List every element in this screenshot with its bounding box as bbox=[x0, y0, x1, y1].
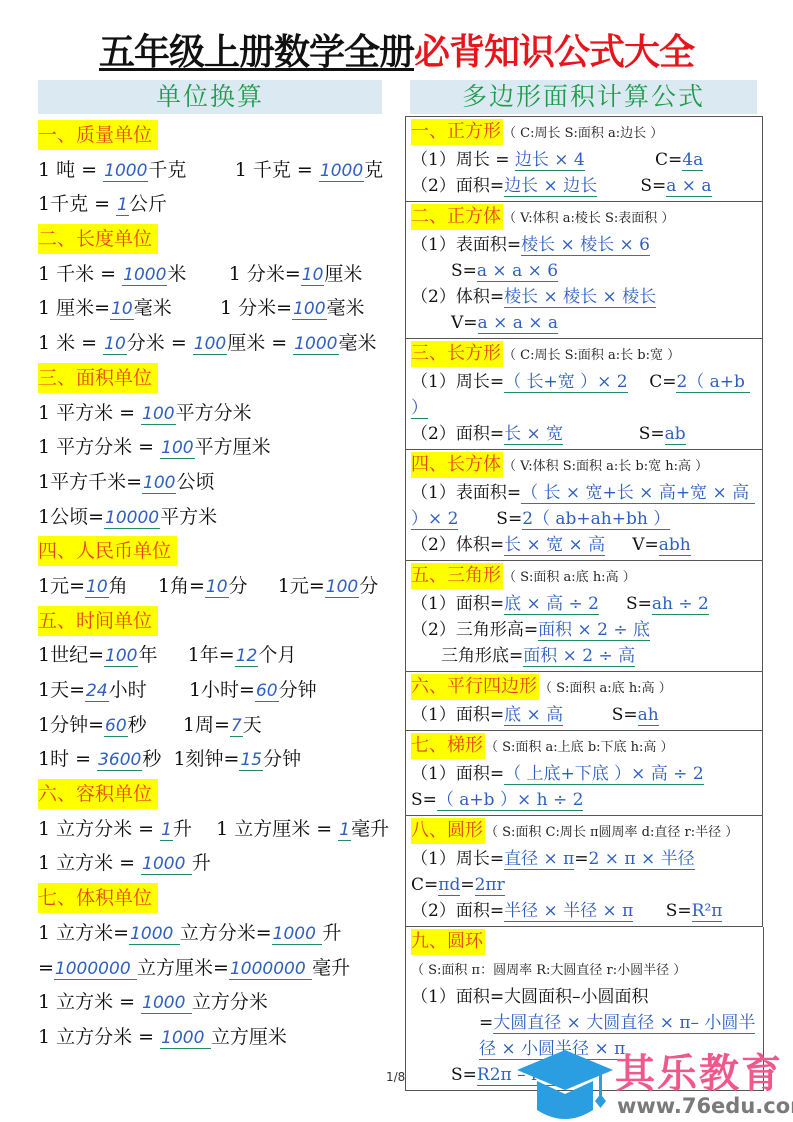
conversion-line: 1 立方分米 = 1000 立方厘米 bbox=[38, 1020, 398, 1055]
title-part-black: 五年级上册数学全册 bbox=[99, 32, 414, 73]
formula-text: S= bbox=[563, 424, 665, 444]
formula-line: （1）面积=底 × 高 S=ah bbox=[411, 702, 758, 728]
formula-answer: （ a+b ）× h ÷ 2 bbox=[437, 790, 584, 811]
formula-answer: 底 × 高 ÷ 2 bbox=[504, 594, 599, 615]
formula-line: （1）表面积=（ 长 × 宽+长 × 高+宽 × 高 ）× 2 S=2（ ab+… bbox=[411, 480, 758, 532]
formula-answer: 直径 × π bbox=[504, 849, 574, 870]
answer-blank: 10 bbox=[85, 577, 109, 598]
conversion-line: 1 立方米=1000 立方分米=1000 升 bbox=[38, 916, 398, 951]
conversion-text: 1世纪= bbox=[38, 644, 104, 666]
formula-text: （1）周长 = bbox=[411, 150, 515, 170]
answer-blank: 1000 bbox=[141, 854, 192, 875]
formula-box-header: 二、正方体（ V:体积 a:棱长 S:表面积 ） bbox=[411, 204, 758, 232]
conversion-text: 千克 bbox=[148, 159, 186, 181]
answer-blank: 1 bbox=[116, 195, 129, 216]
formula-answer: a × a × 6 bbox=[477, 261, 558, 282]
conversion-text: 分米 = bbox=[127, 332, 193, 354]
formula-line: 三角形底=面积 × 2 ÷ 高 bbox=[411, 643, 758, 669]
answer-blank: 1 bbox=[160, 820, 173, 841]
formula-line: C=πd=2πr bbox=[411, 872, 758, 898]
conversion-text: 1平方千米= bbox=[38, 471, 142, 493]
section-title: 三、面积单位 bbox=[38, 363, 158, 393]
answer-blank: 10 bbox=[103, 334, 127, 355]
conversion-text: 1 立方分米 = bbox=[38, 1026, 160, 1048]
conversion-text: 平方米 bbox=[160, 506, 217, 528]
formula-text: = bbox=[460, 875, 474, 895]
conversion-line: 1千克 = 1公斤 bbox=[38, 187, 398, 222]
answer-blank: 1000000 bbox=[54, 959, 137, 980]
formula-line: （2）体积=长 × 宽 × 高 V=abh bbox=[411, 532, 758, 558]
formula-line: （2）面积=边长 × 边长 S=a × a bbox=[411, 173, 758, 199]
conversion-text: 1千克 = bbox=[38, 193, 116, 215]
variable-legend: （ C:周长 S:面积 a:边长 ） bbox=[503, 126, 663, 141]
formula-line: （1）面积=（ 上底+下底 ）× 高 ÷ 2 bbox=[411, 761, 758, 787]
watermark-logo: 其乐教育 www.76edu.com bbox=[515, 1040, 793, 1122]
conversion-line: 1 厘米=10毫米 1 分米=100毫米 bbox=[38, 291, 398, 326]
answer-blank: 10 bbox=[205, 577, 229, 598]
formula-line: V=a × a × a bbox=[411, 310, 758, 336]
section-title: 五、时间单位 bbox=[38, 606, 158, 636]
shape-title: 三、长方形 bbox=[411, 341, 503, 367]
formula-text: C= bbox=[585, 150, 683, 170]
conversion-text: 1公顷= bbox=[38, 506, 104, 528]
conversion-text: 1 立方米= bbox=[38, 922, 129, 944]
answer-blank: 12 bbox=[235, 646, 259, 667]
conversion-text: 公顷 bbox=[176, 471, 214, 493]
conversion-text: 1时 = bbox=[38, 748, 97, 770]
section-heading-row: 二、长度单位 bbox=[38, 222, 398, 257]
formula-text: S= bbox=[599, 594, 652, 614]
title-part-red: 必背知识公式大全 bbox=[414, 32, 694, 73]
formula-line: （1）面积=底 × 高 ÷ 2 S=ah ÷ 2 bbox=[411, 591, 758, 617]
formula-box: 七、梯形（ S:面积 a:上底 b:下底 h:高 ）（1）面积=（ 上底+下底 … bbox=[405, 731, 763, 816]
answer-blank: 60 bbox=[255, 681, 279, 702]
unit-conversion-column: 一、质量单位1 吨 = 1000千克 1 千克 = 1000克1千克 = 1公斤… bbox=[38, 118, 398, 1055]
conversion-text: 1小时= bbox=[147, 679, 255, 701]
answer-blank: 7 bbox=[230, 716, 243, 737]
variable-legend: （ S:面积 C:周长 π圆周率 d:直径 r:半径 ） bbox=[485, 825, 738, 840]
brand-name: 其乐教育 bbox=[615, 1042, 783, 1099]
formula-answer: 棱长 × 棱长 × 6 bbox=[521, 235, 650, 256]
conversion-text: 毫米 bbox=[327, 297, 365, 319]
shape-title: 九、圆环 bbox=[411, 929, 485, 955]
shape-title: 六、平行四边形 bbox=[411, 674, 539, 700]
formula-text: （1）表面积= bbox=[411, 235, 521, 255]
formula-line: S=（ a+b ）× h ÷ 2 bbox=[411, 787, 758, 813]
section-heading-row: 五、时间单位 bbox=[38, 604, 398, 639]
conversion-text: 小时 bbox=[109, 679, 147, 701]
answer-blank: 1000 bbox=[319, 161, 364, 182]
formula-text: （1）面积= bbox=[411, 594, 504, 614]
formula-answer: 长 × 宽 bbox=[504, 424, 563, 445]
formula-line: （2）体积=棱长 × 棱长 × 棱长 bbox=[411, 284, 758, 310]
conversion-line: 1分钟=60秒 1周=7天 bbox=[38, 708, 398, 743]
formula-answer: 面积 × 2 ÷ 底 bbox=[538, 620, 650, 641]
conversion-text: 平方分米 bbox=[176, 402, 252, 424]
formula-box: 二、正方体（ V:体积 a:棱长 S:表面积 ）（1）表面积=棱长 × 棱长 ×… bbox=[405, 202, 763, 339]
conversion-text: 1 千米 = bbox=[38, 263, 122, 285]
formula-text: C= bbox=[411, 875, 438, 895]
formula-answer: 面积 × 2 ÷ 高 bbox=[523, 646, 635, 667]
formula-answer: 棱长 × 棱长 × 棱长 bbox=[504, 287, 656, 308]
formula-text: （2）面积= bbox=[411, 176, 504, 196]
formula-line: （1）周长 = 边长 × 4 C=4a bbox=[411, 147, 758, 173]
formula-text: = bbox=[574, 849, 588, 869]
conversion-text: 1元= bbox=[248, 575, 325, 597]
conversion-text: 1周= bbox=[147, 714, 230, 736]
section-heading-row: 一、质量单位 bbox=[38, 118, 398, 153]
conversion-text: 1 吨 = bbox=[38, 159, 103, 181]
formula-text: S= bbox=[563, 705, 638, 725]
formula-answer: 半径 × 半径 × π bbox=[504, 901, 633, 922]
variable-legend: （ V:体积 S:面积 a:长 b:宽 h:高 ） bbox=[503, 459, 708, 474]
conversion-text: 1 平方分米 = bbox=[38, 436, 160, 458]
conversion-text: 平方厘米 bbox=[195, 436, 271, 458]
formula-box: 五、三角形（ S:面积 a:底 h:高 ）（1）面积=底 × 高 ÷ 2 S=a… bbox=[405, 561, 763, 672]
conversion-text: 秒 bbox=[128, 714, 147, 736]
variable-legend: （ S:面积 a:底 h:高 ） bbox=[539, 681, 672, 696]
formula-box: 三、长方形（ C:周长 S:面积 a:长 b:宽 ）（1）周长=（ 长+宽 ）×… bbox=[405, 339, 763, 450]
formula-text: （2）面积= bbox=[411, 901, 504, 921]
formula-answer: 边长 × 4 bbox=[515, 150, 585, 171]
formula-answer: a × a bbox=[666, 176, 711, 197]
conversion-line: 1天=24小时 1小时=60分钟 bbox=[38, 673, 398, 708]
conversion-text: 米 bbox=[167, 263, 186, 285]
conversion-text: 1 立方分米 = bbox=[38, 818, 160, 840]
formula-text: S= bbox=[458, 509, 522, 529]
formula-line: （2）面积=长 × 宽 S=ab bbox=[411, 421, 758, 447]
formula-box: 四、长方体（ V:体积 S:面积 a:长 b:宽 h:高 ）（1）表面积=（ 长… bbox=[405, 450, 763, 561]
answer-blank: 1000 bbox=[272, 924, 323, 945]
formula-box-header: 四、长方体（ V:体积 S:面积 a:长 b:宽 h:高 ） bbox=[411, 452, 758, 480]
answer-blank: 100 bbox=[160, 438, 194, 459]
answer-blank: 10 bbox=[110, 299, 134, 320]
formula-line: S=a × a × 6 bbox=[411, 258, 758, 284]
answer-blank: 1000000 bbox=[229, 959, 312, 980]
answer-blank: 3600 bbox=[97, 750, 142, 771]
conversion-line: 1 吨 = 1000千克 1 千克 = 1000克 bbox=[38, 153, 398, 188]
conversion-line: 1 千米 = 1000米 1 分米=10厘米 bbox=[38, 257, 398, 292]
formula-answer: 边长 × 边长 bbox=[504, 176, 597, 197]
answer-blank: 1000 bbox=[141, 993, 192, 1014]
conversion-text: 克 bbox=[364, 159, 383, 181]
formula-text: （2）体积= bbox=[411, 535, 504, 555]
conversion-text: = bbox=[38, 957, 54, 979]
answer-blank: 100 bbox=[325, 577, 359, 598]
conversion-line: 1时 = 3600秒 1刻钟=15分钟 bbox=[38, 742, 398, 777]
section-title: 七、体积单位 bbox=[38, 883, 158, 913]
conversion-text: 升 bbox=[322, 922, 341, 944]
answer-blank: 1000 bbox=[160, 1028, 211, 1049]
formula-line: （1）面积=大圆面积–小圆面积 bbox=[411, 984, 759, 1010]
conversion-text: 毫米 bbox=[134, 297, 172, 319]
formula-box-header: 三、长方形（ C:周长 S:面积 a:长 b:宽 ） bbox=[411, 341, 758, 369]
page-number: 1/8 bbox=[386, 1070, 405, 1084]
conversion-text: 分 bbox=[229, 575, 248, 597]
formula-line: （2）面积=半径 × 半径 × π S=R²π bbox=[411, 898, 758, 924]
formula-answer: 2（ ab+ah+bh ） bbox=[522, 509, 670, 530]
formula-box: 八、圆形（ S:面积 C:周长 π圆周率 d:直径 r:半径 ）（1）周长=直径… bbox=[405, 816, 763, 927]
section-title: 一、质量单位 bbox=[38, 120, 158, 150]
formula-text: S= bbox=[411, 790, 437, 810]
conversion-text: 秒 1刻钟= bbox=[142, 748, 239, 770]
variable-legend: （ C:周长 S:面积 a:长 b:宽 ） bbox=[503, 348, 680, 363]
conversion-text: 厘米 = bbox=[227, 332, 293, 354]
conversion-text: 分钟 bbox=[279, 679, 317, 701]
conversion-text: 升 1 立方厘米 = bbox=[173, 818, 338, 840]
conversion-line: 1 平方分米 = 100平方厘米 bbox=[38, 430, 398, 465]
answer-blank: 1000 bbox=[103, 161, 148, 182]
conversion-line: 1公顷=10000平方米 bbox=[38, 500, 398, 535]
formula-box-header: 五、三角形（ S:面积 a:底 h:高 ） bbox=[411, 563, 758, 591]
formula-text: （1）面积= bbox=[411, 764, 504, 784]
shape-title: 四、长方体 bbox=[411, 452, 503, 478]
section-heading-row: 六、容积单位 bbox=[38, 777, 398, 812]
conversion-text: 立方厘米= bbox=[137, 957, 229, 979]
formula-text: （1）面积=大圆面积–小圆面积 bbox=[411, 987, 649, 1007]
shape-title: 二、正方体 bbox=[411, 204, 503, 230]
conversion-text: 1 米 = bbox=[38, 332, 103, 354]
conversion-text: 1 分米= bbox=[186, 263, 300, 285]
formula-answer: 2 × π × 半径 bbox=[589, 849, 695, 870]
formula-answer: 底 × 高 bbox=[504, 705, 563, 726]
conversion-text: 公斤 bbox=[129, 193, 167, 215]
conversion-text: 立方分米 bbox=[192, 991, 268, 1013]
formula-text: S= bbox=[633, 901, 691, 921]
section-heading-row: 七、体积单位 bbox=[38, 881, 398, 916]
conversion-text: 1角= bbox=[128, 575, 205, 597]
shape-title: 八、圆形 bbox=[411, 818, 485, 844]
conversion-line: 1平方千米=100公顷 bbox=[38, 465, 398, 500]
conversion-line: 1 立方米 = 1000 升 bbox=[38, 846, 398, 881]
conversion-text: 1 分米= bbox=[172, 297, 292, 319]
formula-text: = bbox=[479, 1013, 493, 1033]
formula-answer: ab bbox=[665, 424, 686, 445]
answer-blank: 100 bbox=[104, 646, 138, 667]
formula-line: （1）周长=直径 × π=2 × π × 半径 bbox=[411, 846, 758, 872]
formula-text: V= bbox=[451, 313, 478, 333]
formula-answer: πd bbox=[438, 875, 460, 896]
formula-text: C= bbox=[628, 372, 677, 392]
answer-blank: 15 bbox=[239, 750, 263, 771]
conversion-text: 1天= bbox=[38, 679, 85, 701]
formula-text: S= bbox=[451, 261, 477, 281]
answer-blank: 1000 bbox=[293, 334, 338, 355]
conversion-text: 1年= bbox=[157, 644, 234, 666]
section-title: 六、容积单位 bbox=[38, 779, 158, 809]
formula-answer: （ 上底+下底 ）× 高 ÷ 2 bbox=[504, 764, 704, 785]
formula-text: （1）表面积= bbox=[411, 483, 521, 503]
answer-blank: 10 bbox=[301, 265, 325, 286]
formula-text: S= bbox=[451, 1065, 477, 1085]
conversion-line: 1世纪=100年 1年=12个月 bbox=[38, 638, 398, 673]
formula-text: （2）体积= bbox=[411, 287, 504, 307]
conversion-line: 1 平方米 = 100平方分米 bbox=[38, 396, 398, 431]
section-title: 四、人民币单位 bbox=[38, 536, 177, 566]
answer-blank: 1000 bbox=[129, 924, 180, 945]
area-formula-header: 多边形面积计算公式 bbox=[410, 80, 757, 114]
formula-answer: abh bbox=[659, 535, 691, 556]
answer-blank: 60 bbox=[104, 716, 128, 737]
formula-box-header: 六、平行四边形（ S:面积 a:底 h:高 ） bbox=[411, 674, 758, 702]
conversion-text: 1元= bbox=[38, 575, 85, 597]
conversion-text: 个月 bbox=[258, 644, 296, 666]
conversion-text: 立方厘米 bbox=[211, 1026, 287, 1048]
answer-blank: 100 bbox=[141, 404, 175, 425]
formula-box-header: 九、圆环（ S:面积 π：圆周率 R:大圆直径 r:小圆半径 ） bbox=[411, 929, 759, 984]
formula-text: （1）周长= bbox=[411, 849, 504, 869]
formula-answer: （ 长+宽 ）× 2 bbox=[504, 372, 628, 393]
page-title: 五年级上册数学全册必背知识公式大全 bbox=[0, 30, 793, 76]
formula-answer: a × a × a bbox=[478, 313, 559, 334]
conversion-text: 立方分米= bbox=[180, 922, 272, 944]
conversion-line: 1 米 = 10分米 = 100厘米 = 1000毫米 bbox=[38, 326, 398, 361]
unit-conversion-header: 单位换算 bbox=[38, 80, 382, 114]
formula-line: （1）表面积=棱长 × 棱长 × 6 bbox=[411, 232, 758, 258]
formula-column: 一、正方形（ C:周长 S:面积 a:边长 ）（1）周长 = 边长 × 4 C=… bbox=[405, 116, 763, 1091]
conversion-text: 分钟 bbox=[263, 748, 301, 770]
formula-box-header: 七、梯形（ S:面积 a:上底 b:下底 h:高 ） bbox=[411, 733, 758, 761]
section-title: 二、长度单位 bbox=[38, 224, 158, 254]
conversion-text: 1 立方米 = bbox=[38, 852, 141, 874]
conversion-text: 1 厘米= bbox=[38, 297, 110, 319]
conversion-text: 角 bbox=[109, 575, 128, 597]
conversion-text: 天 bbox=[243, 714, 262, 736]
conversion-line: 1元=10角 1角=10分 1元=100分 bbox=[38, 569, 398, 604]
formula-answer: 长 × 宽 × 高 bbox=[504, 535, 605, 556]
formula-box: 六、平行四边形（ S:面积 a:底 h:高 ）（1）面积=底 × 高 S=ah bbox=[405, 672, 763, 731]
answer-blank: 100 bbox=[193, 334, 227, 355]
conversion-text: 毫米 bbox=[339, 332, 377, 354]
section-heading-row: 四、人民币单位 bbox=[38, 534, 398, 569]
answer-blank: 100 bbox=[142, 473, 176, 494]
answer-blank: 24 bbox=[85, 681, 109, 702]
brand-url: www.76edu.com bbox=[617, 1094, 793, 1118]
conversion-text: 年 bbox=[138, 644, 157, 666]
variable-legend: （ S:面积 a:底 h:高 ） bbox=[503, 570, 636, 585]
shape-title: 七、梯形 bbox=[411, 733, 485, 759]
formula-answer: ah bbox=[638, 705, 659, 726]
formula-text: （2）三角形高= bbox=[411, 620, 538, 640]
formula-answer: ah ÷ 2 bbox=[652, 594, 709, 615]
conversion-line: 1 立方米 = 1000 立方分米 bbox=[38, 985, 398, 1020]
answer-blank: 10000 bbox=[104, 508, 160, 529]
section-heading-row: 三、面积单位 bbox=[38, 361, 398, 396]
conversion-text: 1 立方米 = bbox=[38, 991, 141, 1013]
conversion-text: 毫升 bbox=[351, 818, 389, 840]
formula-line: （1）周长=（ 长+宽 ）× 2 C=2（ a+b ） bbox=[411, 369, 758, 421]
formula-text: （1）周长= bbox=[411, 372, 504, 392]
answer-blank: 1000 bbox=[122, 265, 167, 286]
conversion-line: =1000000 立方厘米=1000000 毫升 bbox=[38, 951, 398, 986]
formula-box-header: 八、圆形（ S:面积 C:周长 π圆周率 d:直径 r:半径 ） bbox=[411, 818, 758, 846]
formula-box-header: 一、正方形（ C:周长 S:面积 a:边长 ） bbox=[411, 119, 758, 147]
conversion-text: 1 平方米 = bbox=[38, 402, 141, 424]
conversion-text: 分 bbox=[359, 575, 378, 597]
variable-legend: （ S:面积 a:上底 b:下底 h:高 ） bbox=[485, 740, 674, 755]
shape-title: 一、正方形 bbox=[411, 119, 503, 145]
formula-text: V= bbox=[605, 535, 659, 555]
formula-text: S= bbox=[597, 176, 666, 196]
variable-legend: （ S:面积 π：圆周率 R:大圆直径 r:小圆半径 ） bbox=[411, 963, 686, 978]
formula-text: 三角形底= bbox=[441, 646, 523, 666]
formula-line: （2）三角形高=面积 × 2 ÷ 底 bbox=[411, 617, 758, 643]
formula-answer: R²π bbox=[692, 901, 723, 922]
variable-legend: （ V:体积 a:棱长 S:表面积 ） bbox=[503, 211, 674, 226]
formula-text: （2）面积= bbox=[411, 424, 504, 444]
formula-box: 一、正方形（ C:周长 S:面积 a:边长 ）（1）周长 = 边长 × 4 C=… bbox=[405, 116, 763, 202]
graduation-cap-icon bbox=[515, 1048, 615, 1122]
shape-title: 五、三角形 bbox=[411, 563, 503, 589]
conversion-text: 厘米 bbox=[324, 263, 362, 285]
conversion-line: 1 立方分米 = 1升 1 立方厘米 = 1毫升 bbox=[38, 812, 398, 847]
conversion-text: 1 千克 = bbox=[186, 159, 318, 181]
formula-answer: 2πr bbox=[475, 875, 505, 896]
formula-answer: 4a bbox=[682, 150, 703, 171]
conversion-text: 1分钟= bbox=[38, 714, 104, 736]
conversion-text: 毫升 bbox=[312, 957, 350, 979]
answer-blank: 100 bbox=[292, 299, 326, 320]
conversion-text: 升 bbox=[192, 852, 211, 874]
formula-text: （1）面积= bbox=[411, 705, 504, 725]
answer-blank: 1 bbox=[338, 820, 351, 841]
